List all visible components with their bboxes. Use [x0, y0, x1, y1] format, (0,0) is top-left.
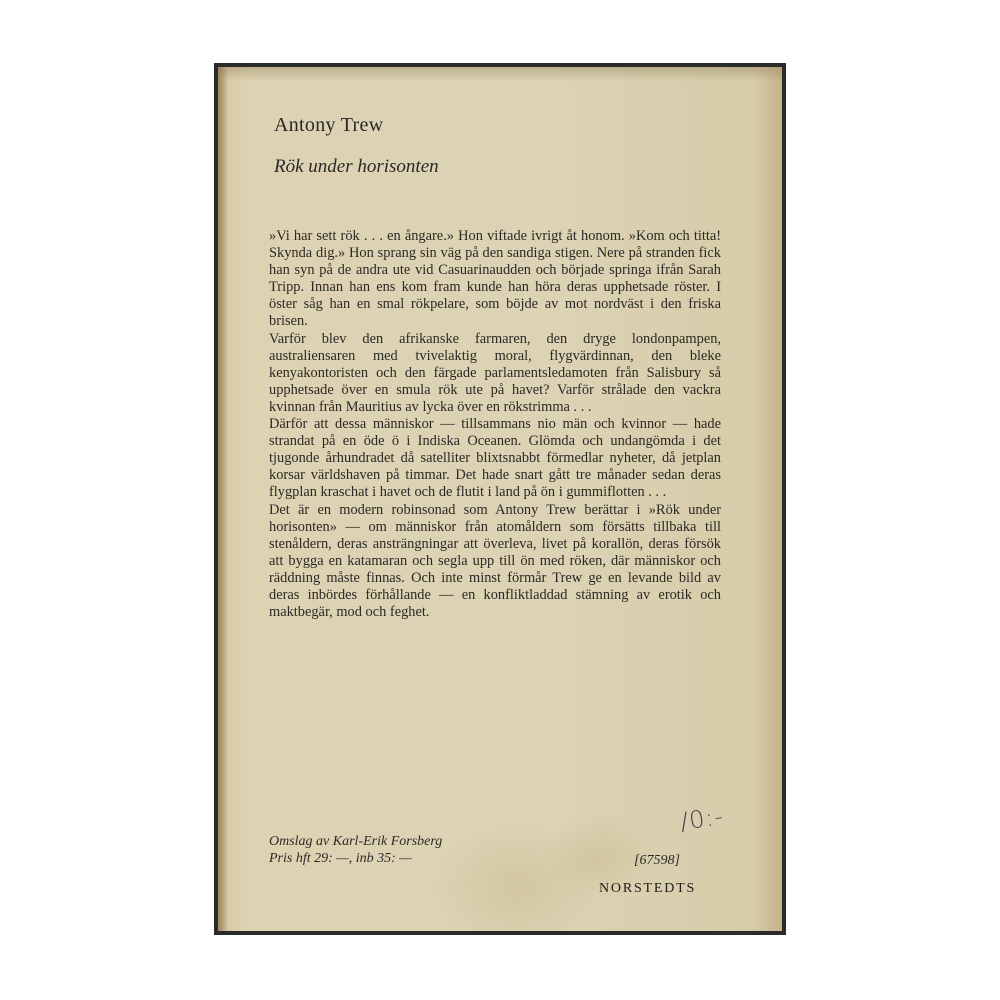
book-title: Rök under horisonten [274, 156, 439, 178]
publisher-name: NORSTEDTS [599, 881, 696, 897]
catalog-number: [67598] [634, 853, 680, 869]
credits-block: Omslag av Karl-Erik Forsberg Pris hft 29… [269, 833, 442, 867]
author-name: Antony Trew [274, 114, 383, 137]
blurb-paragraph: »Vi har sett rök . . . en ångare.» Hon v… [269, 228, 721, 331]
price-line: Pris hft 29: —, inb 35: — [269, 850, 442, 867]
blurb-paragraph: Varför blev den afrikanske farmaren, den… [269, 331, 721, 416]
blurb-paragraph: Därför att dessa människor — tillsammans… [269, 416, 721, 501]
handwritten-price-note: /0:- [678, 802, 726, 836]
book-back-cover: Antony Trew Rök under horisonten »Vi har… [218, 67, 782, 931]
book-back-cover-frame: Antony Trew Rök under horisonten »Vi har… [214, 63, 786, 935]
cover-credit: Omslag av Karl-Erik Forsberg [269, 833, 442, 850]
blurb-text: »Vi har sett rök . . . en ångare.» Hon v… [269, 228, 721, 621]
blurb-paragraph: Det är en modern robinsonad som Antony T… [269, 502, 721, 622]
